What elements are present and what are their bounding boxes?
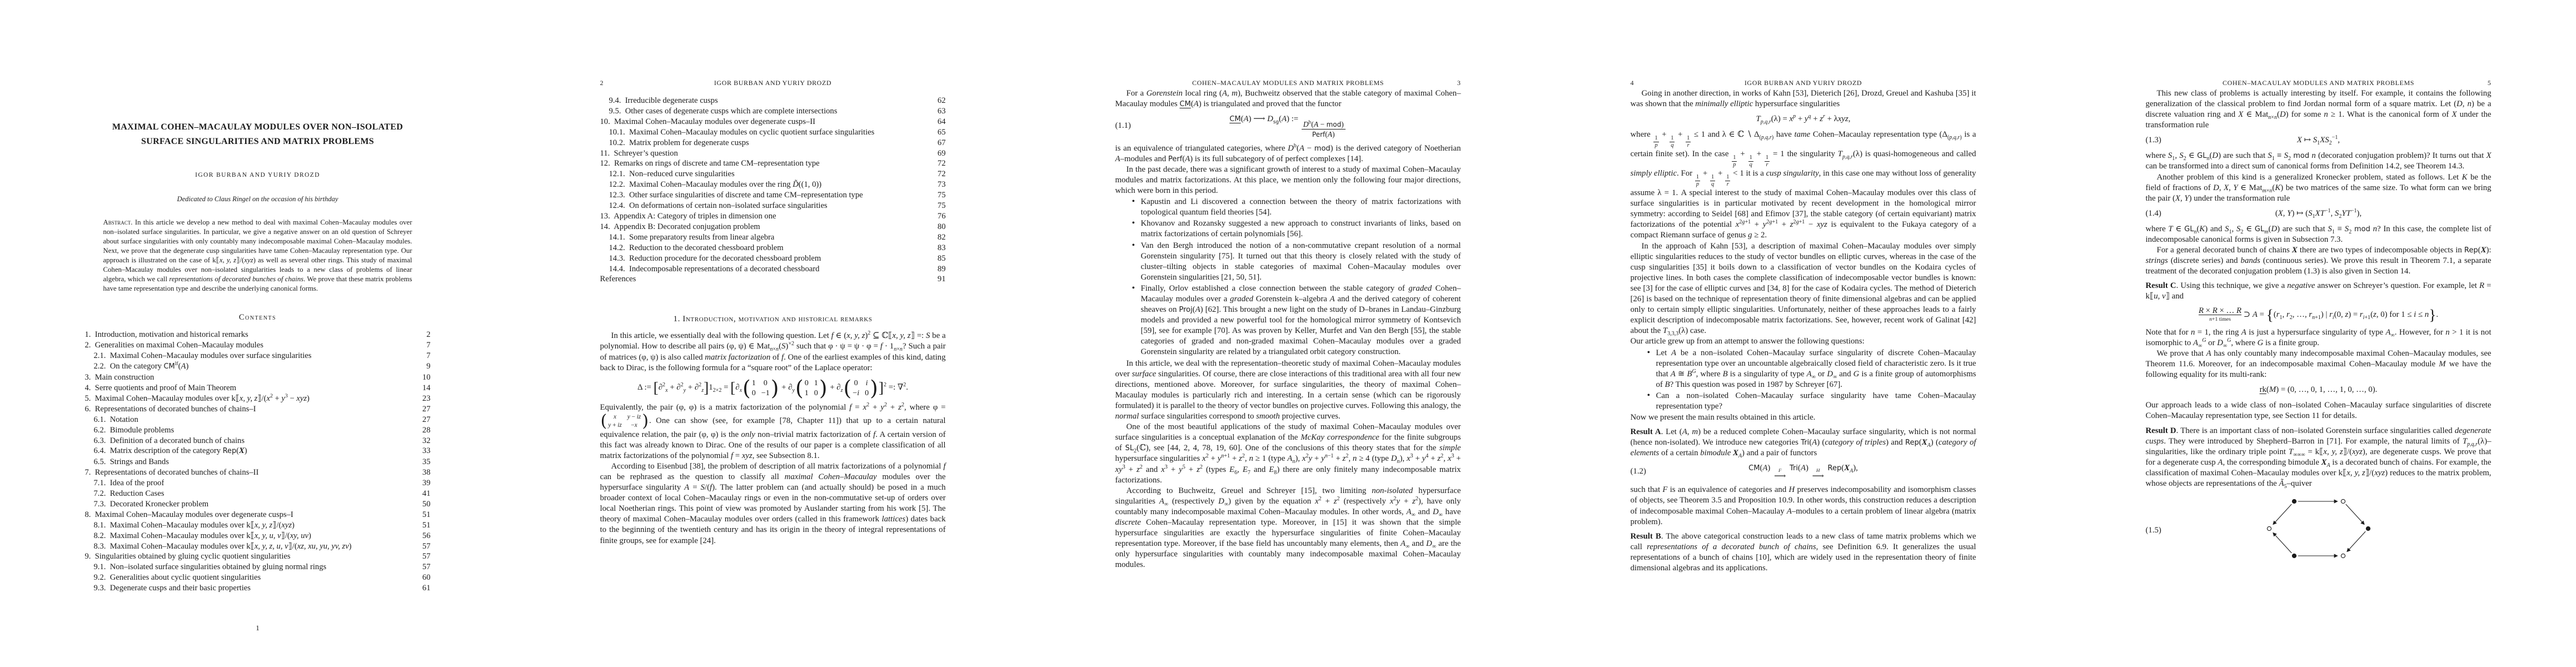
page-4: 4IGOR BURBAN AND YURIY DROZDGoing in ano… [1546,0,2061,667]
toc-page-number: 82 [932,232,946,243]
toc-entry-title: 7.1. Idea of the proof [85,478,165,489]
paragraph: This new class of problems is actually i… [2146,88,2492,131]
paragraph: In this article, we deal with the repres… [1115,359,1461,422]
toc-entry-title: 8.1. Maximal Cohen–Macaulay modules over… [85,520,295,531]
toc-entry-title: 14.2. Reduction to the decorated chessbo… [600,243,784,253]
toc-page-number: 65 [932,127,946,138]
quiver-vertex-filled [2366,526,2370,530]
toc-entry: 7.2. Reduction Cases41 [85,489,431,499]
bullet-item: •Finally, Orlov established a close conn… [1132,283,1461,358]
toc-entry: 2.2. On the category CMlf(A)9 [85,361,431,372]
toc-entry-title: 5. Maximal Cohen–Macaulay modules over k… [85,394,310,404]
toc-page-number: 27 [417,404,431,415]
toc-entry-title: 6.1. Notation [85,415,138,425]
bullet-item: •Let A be a non–isolated Cohen–Macaulay … [1647,348,1976,390]
toc-page-number: 57 [417,551,431,562]
quiver-arrow [2347,531,2365,551]
equation-tag: (1.4) [2146,208,2161,220]
equation-body: rk(M) = (0, …, 0, 1, …, 1, 0, …, 0). [2260,385,2378,394]
running-header: 2IGOR BURBAN AND YURIY DROZD [600,78,946,88]
toc-entry: 12.3. Other surface singularities of dis… [600,190,946,201]
equation-tag: (1.1) [1115,121,1131,132]
paragraph: Now we present the main results obtained… [1631,412,1976,423]
toc-entry: 8.1. Maximal Cohen–Macaulay modules over… [85,520,431,531]
quiver-figure: (1.5) [2146,494,2492,568]
toc-entry-title: 2.1. Maximal Cohen–Macaulay modules over… [85,351,312,361]
bullet-text: Let A be a non–isolated Cohen–Macaulay s… [1656,348,1976,390]
toc-page-number: 57 [417,541,431,552]
toc-entry-title: 6. Representations of decorated bunches … [85,404,256,415]
paper-title: MAXIMAL COHEN–MACAULAY MODULES OVER NON–… [85,120,431,148]
toc-entry-title: 1. Introduction, motivation and historic… [85,330,248,340]
quiver-arrow [2345,504,2364,524]
toc-page-number: 69 [932,148,946,159]
toc-entry-title: 6.3. Definition of a decorated bunch of … [85,436,245,446]
toc-entry: 9.1. Non–isolated surface singularities … [85,562,431,573]
running-header: COHEN–MACAULAY MODULES AND MATRIX PROBLE… [1115,78,1461,88]
paragraph: Note that for n = 1, the ring A is just … [2146,327,2492,349]
toc-entry-title: 9.3. Degenerate cusps and their basic pr… [85,583,251,594]
bullet-icon: • [1132,241,1141,283]
toc-page-number: 67 [932,138,946,148]
header-page-number: 4 [1631,78,1635,88]
toc-entry: 10.2. Matrix problem for degenerate cusp… [600,138,946,148]
paragraph: Result B. The above categorical construc… [1631,531,1976,574]
paragraph: Result D. There is an important class of… [2146,426,2492,490]
toc-page-number: 73 [932,180,946,190]
toc-entry-title: 10.2. Matrix problem for degenerate cusp… [600,138,749,148]
page-content: 2IGOR BURBAN AND YURIY DROZD9.4. Irreduc… [600,0,946,546]
toc-entry: 12. Remarks on rings of discrete and tam… [600,158,946,169]
toc-entry-title: 6.2. Bimodule problems [85,425,175,436]
paragraph: For a general decorated bunch of chains … [2146,245,2492,277]
equation-tag: (1.2) [1631,466,1646,477]
toc-page-number: 51 [417,510,431,520]
paragraph: We prove that A has only countably many … [2146,349,2492,380]
paragraph: In this article, we essentially deal wit… [600,331,946,373]
toc-entry: 9.4. Irreducible degenerate cusps62 [600,96,946,106]
bullet-item: •Can a non–isolated Cohen–Macaulay surfa… [1647,391,1976,412]
toc-entry: 14.1. Some preparatory results from line… [600,232,946,243]
toc-entry-title: References [600,274,636,285]
paragraph: Going in another direction, in works of … [1631,88,1976,109]
page-content: 4IGOR BURBAN AND YURIY DROZDGoing in ano… [1631,0,1976,574]
toc-entry-title: 8.2. Maximal Cohen–Macaulay modules over… [85,531,311,541]
toc-entry-title: 2. Generalities on maximal Cohen–Macaula… [85,340,263,351]
equation-body: CM(A) F⟶ Tri(A) H⟶ Rep(XA), [1748,464,1858,472]
toc-entry: 9.5. Other cases of degenerate cusps whi… [600,106,946,117]
toc-page-number: 72 [932,158,946,169]
bullet-text: Kapustin and Li discovered a connection … [1141,197,1461,218]
toc-entry: 13. Appendix A: Category of triples in d… [600,211,946,222]
toc-page-number: 56 [417,531,431,541]
toc-entry: 7.3. Decorated Kronecker problem50 [85,499,431,510]
bullet-item: •Kapustin and Li discovered a connection… [1132,197,1461,218]
toc-entry-title: 12.1. Non–reduced curve singularities [600,169,735,180]
toc-entry-title: 14.4. Indecomposable representations of … [600,264,820,275]
equation-body: X ↦ S1XS2−1, [2297,136,2340,145]
bullet-icon: • [1132,218,1141,240]
header-title: IGOR BURBAN AND YURIY DROZD [714,79,831,87]
toc-page-number: 60 [417,573,431,583]
toc-entry-title: 7.3. Decorated Kronecker problem [85,499,209,510]
toc-entry: 6.1. Notation27 [85,415,431,425]
display-equation: R × R × … Rn+1 times ⊃ A = {(r1, r2, …, … [2146,306,2492,322]
header-title: COHEN–MACAULAY MODULES AND MATRIX PROBLE… [2223,79,2414,87]
bullet-text: Khovanov and Rozansky suggested a new ap… [1141,218,1461,240]
toc-entry: 9.3. Degenerate cusps and their basic pr… [85,583,431,594]
header-page-number: 5 [2488,78,2492,88]
quiver-vertex-open [2341,554,2345,558]
toc-entry: 6.3. Definition of a decorated bunch of … [85,436,431,446]
bullet-icon: • [1647,348,1656,390]
quiver-vertex-open [2267,526,2271,530]
toc-entry-title: 14.1. Some preparatory results from line… [600,232,775,243]
display-equation: Tp,q,r(λ) = xp + yq + zr + λxyz, [1631,114,1976,125]
quiver-vertex-filled [2292,499,2296,503]
table-of-contents: 1. Introduction, motivation and historic… [85,330,431,594]
toc-page-number: 23 [417,394,431,404]
toc-page-number: 61 [417,583,431,594]
toc-page-number: 28 [417,425,431,436]
toc-page-number: 32 [417,436,431,446]
toc-page-number: 50 [417,499,431,510]
toc-entry-title: 11. Schreyer’s question [600,148,678,159]
quiver-diagram [2253,494,2385,564]
toc-entry: 8.2. Maximal Cohen–Macaulay modules over… [85,531,431,541]
toc-entry: 3. Main construction10 [85,372,431,383]
dedication: Dedicated to Claus Ringel on the occasio… [85,195,431,203]
toc-entry-title: 9.5. Other cases of degenerate cusps whi… [600,106,838,117]
toc-entry: 6. Representations of decorated bunches … [85,404,431,415]
page-footer-number: 1 [0,624,515,633]
equation-tag: (1.3) [2146,135,2161,146]
paragraph: Result C. Using this technique, we give … [2146,281,2492,302]
toc-entry-title: 12.4. On deformations of certain non–iso… [600,201,828,211]
header-page-number: 3 [1457,78,1461,88]
quiver-arrow [2273,533,2291,553]
paragraph: Result A. Let (A, m) be a reduced comple… [1631,427,1976,459]
equation-body: (X, Y) ↦ (S1XT−1, S2YT−1), [2275,209,2361,218]
toc-entry: 9. Singularities obtained by gluing cycl… [85,551,431,562]
paragraph: Another problem of this kind is a genera… [2146,172,2492,204]
toc-entry-title: 12.3. Other surface singularities of dis… [600,190,863,201]
page-2: 2IGOR BURBAN AND YURIY DROZD9.4. Irreduc… [515,0,1030,667]
display-equation: (1.3)X ↦ S1XS2−1, [2146,135,2492,146]
equation-body: Tp,q,r(λ) = xp + yq + zr + λxyz, [1756,115,1851,123]
bullet-text: Van den Bergh introduced the notion of a… [1141,241,1461,283]
toc-page-number: 72 [932,169,946,180]
paragraph: One of the most beautiful applications o… [1115,422,1461,486]
bullet-text: Can a non–isolated Cohen–Macaulay surfac… [1656,391,1976,412]
header-title: COHEN–MACAULAY MODULES AND MATRIX PROBLE… [1192,79,1384,87]
toc-page-number: 41 [417,489,431,499]
table-of-contents: 9.4. Irreducible degenerate cusps629.5. … [600,96,946,285]
equation-body: Δ := [∂2x + ∂2y + ∂2z]12×2 = [∂x(100−1) … [637,383,908,392]
paragraph: where 1p + 1q + 1r ≤ 1 and λ ∈ ℂ ∖ Δ(p,q… [1631,130,1976,241]
toc-entry: 8. Maximal Cohen–Macaulay modules over d… [85,510,431,520]
toc-entry: References91 [600,274,946,285]
toc-page-number: 39 [417,478,431,489]
toc-page-number: 64 [932,117,946,127]
toc-page-number: 89 [932,264,946,275]
equation-tag: (1.5) [2146,525,2161,536]
toc-entry: 6.2. Bimodule problems28 [85,425,431,436]
toc-entry: 14.4. Indecomposable representations of … [600,264,946,275]
toc-entry: 10. Maximal Cohen–Macaulay modules over … [600,117,946,127]
toc-page-number: 80 [932,222,946,232]
paragraph: In the approach of Kahn [53], a descript… [1631,241,1976,337]
quiver-vertex-filled [2292,554,2296,558]
toc-entry: 7.1. Idea of the proof39 [85,478,431,489]
quiver-arrow [2273,504,2291,524]
toc-entry: 5. Maximal Cohen–Macaulay modules over k… [85,394,431,404]
toc-entry: 10.1. Maximal Cohen–Macaulay modules on … [600,127,946,138]
toc-page-number: 27 [417,415,431,425]
toc-entry: 4. Serre quotients and proof of Main The… [85,383,431,394]
header-title: IGOR BURBAN AND YURIY DROZD [1745,79,1862,87]
toc-entry-title: 9. Singularities obtained by gluing cycl… [85,551,291,562]
document-canvas: arXiv:1002.3042v3 [math.AG] 24 Sep 2013 … [0,0,2576,667]
toc-entry-title: 7.2. Reduction Cases [85,489,165,499]
toc-page-number: 9 [421,361,430,372]
toc-entry: 9.2. Generalities about cyclic quotient … [85,573,431,583]
paragraph: Equivalently, the pair (φ, φ) is a matri… [600,402,946,461]
toc-page-number: 63 [932,106,946,117]
toc-entry: 12.1. Non–reduced curve singularities72 [600,169,946,180]
toc-entry-title: 13. Appendix A: Category of triples in d… [600,211,776,222]
page-3: COHEN–MACAULAY MODULES AND MATRIX PROBLE… [1030,0,1546,667]
bullet-item: •Khovanov and Rozansky suggested a new a… [1132,218,1461,240]
toc-entry: 6.4. Matrix description of the category … [85,446,431,457]
toc-page-number: 33 [417,446,431,457]
toc-entry: 8.3. Maximal Cohen–Macaulay modules over… [85,541,431,552]
paragraph: is an equivalence of triangulated catego… [1115,143,1461,165]
toc-entry-title: 2.2. On the category CMlf(A) [85,361,189,372]
header-page-number: 2 [600,78,604,88]
toc-entry-title: 6.4. Matrix description of the category … [85,446,247,457]
paragraph: In the past decade, there was a signific… [1115,165,1461,196]
bullet-icon: • [1132,197,1141,218]
toc-entry-title: 6.5. Strings and Bands [85,457,169,467]
toc-page-number: 62 [932,96,946,106]
toc-entry-title: 4. Serre quotients and proof of Main The… [85,383,237,394]
toc-entry: 14. Appendix B: Decorated conjugation pr… [600,222,946,232]
toc-page-number: 2 [421,330,430,340]
bullet-icon: • [1132,283,1141,358]
toc-entry-title: 9.4. Irreducible degenerate cusps [600,96,718,106]
toc-page-number: 85 [932,253,946,264]
toc-entry: 1. Introduction, motivation and historic… [85,330,431,340]
page-5: COHEN–MACAULAY MODULES AND MATRIX PROBLE… [2061,0,2576,667]
toc-page-number: 7 [421,340,430,351]
paragraph: According to Eisenbud [38], the problem … [600,461,946,546]
paragraph: According to Buchweitz, Greuel and Schre… [1115,486,1461,571]
running-header: 4IGOR BURBAN AND YURIY DROZD [1631,78,1976,88]
toc-entry-title: 9.1. Non–isolated surface singularities … [85,562,327,573]
page-content: COHEN–MACAULAY MODULES AND MATRIX PROBLE… [1115,0,1461,570]
display-equation: (1.4)(X, Y) ↦ (S1XT−1, S2YT−1), [2146,208,2492,220]
toc-page-number: 83 [932,243,946,253]
paragraph: For a Gorenstein local ring (A, m), Buch… [1115,88,1461,109]
display-equation: rk(M) = (0, …, 0, 1, …, 1, 0, …, 0). [2146,385,2492,396]
toc-entry-title: 12. Remarks on rings of discrete and tam… [600,158,820,169]
toc-entry: 14.2. Reduction to the decorated chessbo… [600,243,946,253]
bullet-icon: • [1647,391,1656,412]
paper-authors: IGOR BURBAN AND YURIY DROZD [85,172,431,178]
toc-entry-title: 14. Appendix B: Decorated conjugation pr… [600,222,760,232]
paragraph: where S1, S2 ∈ GLn(D) are such that S1 ≡… [2146,151,2492,172]
page-1: MAXIMAL COHEN–MACAULAY MODULES OVER NON–… [0,0,515,667]
toc-entry: 12.2. Maximal Cohen–Macaulay modules ove… [600,180,946,190]
toc-page-number: 75 [932,190,946,201]
toc-entry: 2. Generalities on maximal Cohen–Macaula… [85,340,431,351]
toc-page-number: 10 [417,372,431,383]
toc-entry-title: 10. Maximal Cohen–Macaulay modules over … [600,117,815,127]
toc-entry-title: 9.2. Generalities about cyclic quotient … [85,573,261,583]
paragraph: such that F is an equivalence of categor… [1631,485,1976,527]
toc-page-number: 35 [417,457,431,467]
toc-entry: 2.1. Maximal Cohen–Macaulay modules over… [85,351,431,361]
toc-entry-title: 3. Main construction [85,372,155,383]
toc-entry: 11. Schreyer’s question69 [600,148,946,159]
toc-page-number: 76 [932,211,946,222]
toc-page-number: 7 [421,351,430,361]
running-header: COHEN–MACAULAY MODULES AND MATRIX PROBLE… [2146,78,2492,88]
toc-page-number: 51 [417,520,431,531]
display-equation: (1.2)CM(A) F⟶ Tri(A) H⟶ Rep(XA), [1631,463,1976,480]
display-equation: (1.1)CM(A) ⟶ Dsg(A) := Db(A − mod)Perf(A… [1115,114,1461,139]
abstract: Abstract. In this article we develop a n… [103,218,412,293]
toc-entry: 7. Representations of decorated bunches … [85,467,431,478]
display-equation: Δ := [∂2x + ∂2y + ∂2z]12×2 = [∂x(100−1) … [600,378,946,399]
equation-body: CM(A) ⟶ Dsg(A) := Db(A − mod)Perf(A) [1229,115,1347,123]
paragraph: where T ∈ GLn(K) and S1, S2 ∈ GLm(D) are… [2146,224,2492,245]
toc-page-number: 38 [417,467,431,478]
toc-page-number: 14 [417,383,431,394]
toc-page-number: 75 [932,201,946,211]
toc-page-number: 57 [417,562,431,573]
page-content: MAXIMAL COHEN–MACAULAY MODULES OVER NON–… [85,0,431,594]
toc-entry-title: 14.3. Reduction procedure for the decora… [600,253,821,264]
toc-entry: 14.3. Reduction procedure for the decora… [600,253,946,264]
paragraph: Our article grew up from an attempt to a… [1631,336,1976,347]
toc-entry-title: 10.1. Maximal Cohen–Macaulay modules on … [600,127,875,138]
toc-page-number: 91 [932,274,946,285]
toc-entry-title: 8.3. Maximal Cohen–Macaulay modules over… [85,541,352,552]
toc-entry: 12.4. On deformations of certain non–iso… [600,201,946,211]
bullet-text: Finally, Orlov established a close conne… [1141,283,1461,358]
section-heading: 1. Introduction, motivation and historic… [600,315,946,324]
paragraph: Our approach leads to a wide class of no… [2146,400,2492,421]
page-content: COHEN–MACAULAY MODULES AND MATRIX PROBLE… [2146,0,2492,568]
toc-entry: 6.5. Strings and Bands35 [85,457,431,467]
toc-entry-title: 12.2. Maximal Cohen–Macaulay modules ove… [600,180,822,190]
bullet-item: •Van den Bergh introduced the notion of … [1132,241,1461,283]
equation-body: R × R × … Rn+1 times ⊃ A = {(r1, r2, …, … [2199,310,2438,319]
toc-entry-title: 7. Representations of decorated bunches … [85,467,259,478]
toc-entry-title: 8. Maximal Cohen–Macaulay modules over d… [85,510,293,520]
contents-heading: Contents [85,313,431,322]
quiver-vertex-open [2341,499,2345,503]
